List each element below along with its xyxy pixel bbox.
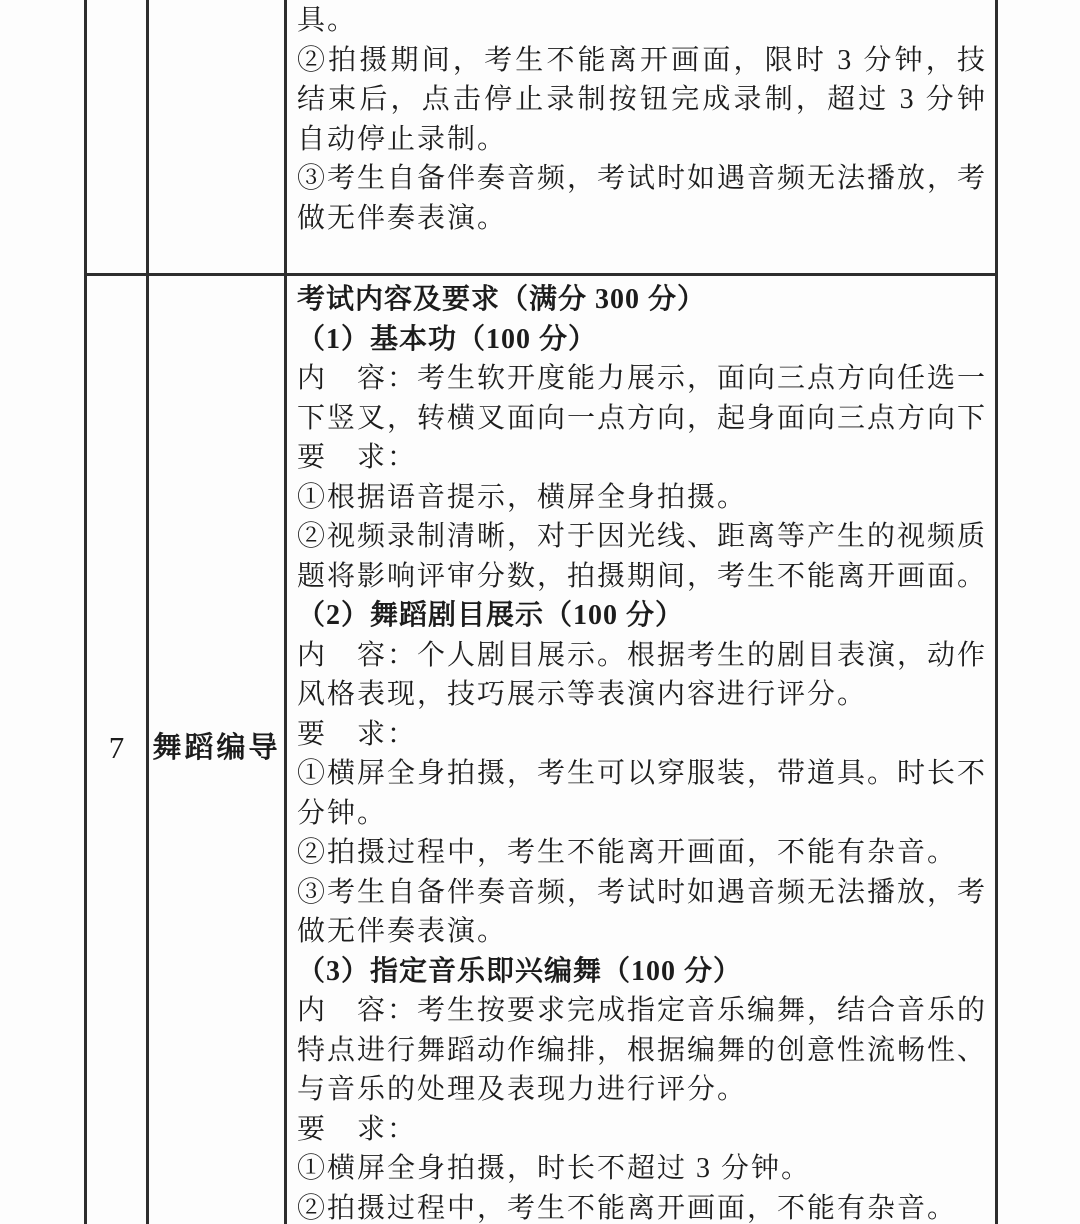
table-border-right xyxy=(995,0,998,1224)
text-line: （1）基本功（100 分） xyxy=(297,320,987,360)
text-line: 内 容：考生按要求完成指定音乐编舞，结合音乐的风格 xyxy=(297,991,987,1031)
text-line: 做无伴奏表演。 xyxy=(297,912,987,952)
text-line: （3）指定音乐即兴编舞（100 分） xyxy=(297,952,987,992)
text-line: ①横屏全身拍摄，考生可以穿服装，带道具。时长不超过 3 xyxy=(297,754,987,794)
text-line: ①横屏全身拍摄，时长不超过 3 分钟。 xyxy=(297,1149,987,1189)
text-line: ②拍摄期间，考生不能离开画面，限时 3 分钟，技巧展示 xyxy=(297,41,987,81)
text-line: （2）舞蹈剧目展示（100 分） xyxy=(297,596,987,636)
text-line: 具。 xyxy=(297,1,987,41)
text-line: 做无伴奏表演。 xyxy=(297,199,987,239)
text-line: 与音乐的处理及表现力进行评分。 xyxy=(297,1070,987,1110)
document-page: 具。②拍摄期间，考生不能离开画面，限时 3 分钟，技巧展示结束后，点击停止录制按… xyxy=(0,0,1080,1224)
text-line: 自动停止录制。 xyxy=(297,120,987,160)
text-line: 要 求： xyxy=(297,438,987,478)
text-line: ①根据语音提示，横屏全身拍摄。 xyxy=(297,478,987,518)
table-row-divider xyxy=(84,273,998,276)
text-line: 下竖叉，转横叉面向一点方向，起身面向三点方向下腰。 xyxy=(297,399,987,439)
text-line: 要 求： xyxy=(297,1110,987,1150)
previous-row-content-cell: 具。②拍摄期间，考生不能离开画面，限时 3 分钟，技巧展示结束后，点击停止录制按… xyxy=(297,1,987,238)
row-seq-number: 7 xyxy=(87,726,146,770)
table-border-seq-subject xyxy=(146,0,149,1224)
text-line: ③考生自备伴奏音频，考试时如遇音频无法播放，考生可 xyxy=(297,873,987,913)
text-line: 题将影响评审分数，拍摄期间，考生不能离开画面。 xyxy=(297,557,987,597)
text-line: 内 容：考生软开度能力展示，面向三点方向任选一条腿 xyxy=(297,359,987,399)
text-line: 考试内容及要求（满分 300 分） xyxy=(297,280,987,320)
text-line: ②拍摄过程中，考生不能离开画面，不能有杂音。 xyxy=(297,833,987,873)
text-line: 风格表现，技巧展示等表演内容进行评分。 xyxy=(297,675,987,715)
text-line: 结束后，点击停止录制按钮完成录制，超过 3 分钟系统将 xyxy=(297,80,987,120)
text-line: ②视频录制清晰，对于因光线、距离等产生的视频质量问 xyxy=(297,517,987,557)
table-border-left xyxy=(84,0,87,1224)
text-line: 内 容：个人剧目展示。根据考生的剧目表演，动作规范， xyxy=(297,636,987,676)
text-line: ②拍摄过程中，考生不能离开画面，不能有杂音。 xyxy=(297,1189,987,1224)
table-border-subject-content xyxy=(284,0,287,1224)
text-line: 特点进行舞蹈动作编排，根据编舞的创意性流畅性、动作 xyxy=(297,1031,987,1071)
exam-content-cell: 考试内容及要求（满分 300 分）（1）基本功（100 分）内 容：考生软开度能… xyxy=(297,280,987,1224)
text-line: 分钟。 xyxy=(297,794,987,834)
text-line: 要 求： xyxy=(297,715,987,755)
row-subject-label: 舞蹈编导 xyxy=(149,726,284,770)
text-line: ③考生自备伴奏音频，考试时如遇音频无法播放，考生可 xyxy=(297,159,987,199)
